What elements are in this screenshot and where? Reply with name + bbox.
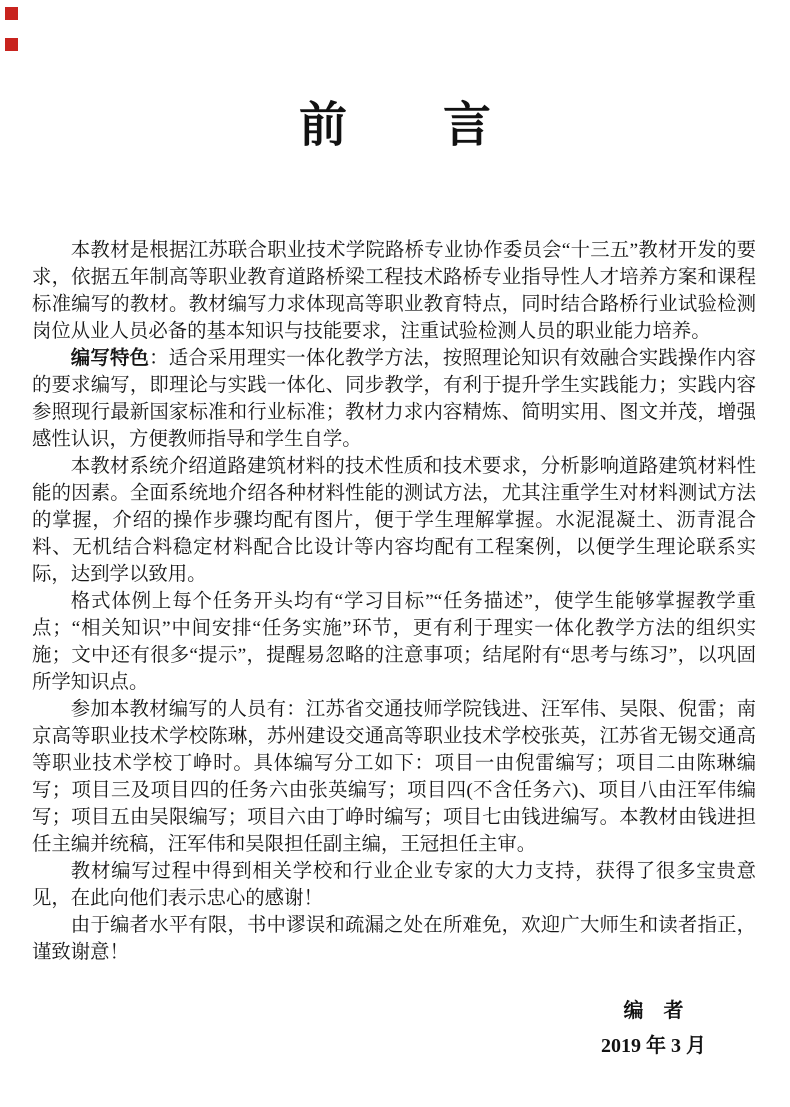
paragraph-features-lead: 编写特色 [71,347,149,369]
paragraph-format: 格式体例上每个任务开头均有“学习目标”“任务描述”，使学生能够掌握教学重点；“相… [32,588,756,696]
preface-body: 本教材是根据江苏联合职业技术学院路桥专业协作委员会“十三五”教材开发的要求，依据… [32,237,756,966]
paragraph-content-overview: 本教材系统介绍道路建筑材料的技术性质和技术要求，分析影响道路建筑材料性能的因素。… [32,453,756,588]
red-corner-mark-top [5,7,18,20]
paragraph-contributors: 参加本教材编写的人员有：江苏省交通技师学院钱进、汪军伟、吴限、倪雷；南京高等职业… [32,696,756,858]
signature-author: 编 者 [601,998,706,1024]
page-title: 前 言 [0,86,790,166]
signature-date: 2019 年 3 月 [601,1033,706,1059]
paragraph-thanks: 教材编写过程中得到相关学校和行业企业专家的大力支持，获得了很多宝贵意见，在此向他… [32,858,756,912]
preface-page: 前 言 本教材是根据江苏联合职业技术学院路桥专业协作委员会“十三五”教材开发的要… [0,0,790,1107]
signature-block: 编 者 2019 年 3 月 [601,998,706,1059]
red-corner-mark-bottom [5,38,18,51]
paragraph-features: 编写特色：适合采用理实一体化教学方法，按照理论知识有效融合实践操作内容的要求编写… [32,345,756,453]
paragraph-intro: 本教材是根据江苏联合职业技术学院路桥专业协作委员会“十三五”教材开发的要求，依据… [32,237,756,345]
paragraph-apology: 由于编者水平有限，书中谬误和疏漏之处在所难免，欢迎广大师生和读者指正，谨致谢意！ [32,912,756,966]
